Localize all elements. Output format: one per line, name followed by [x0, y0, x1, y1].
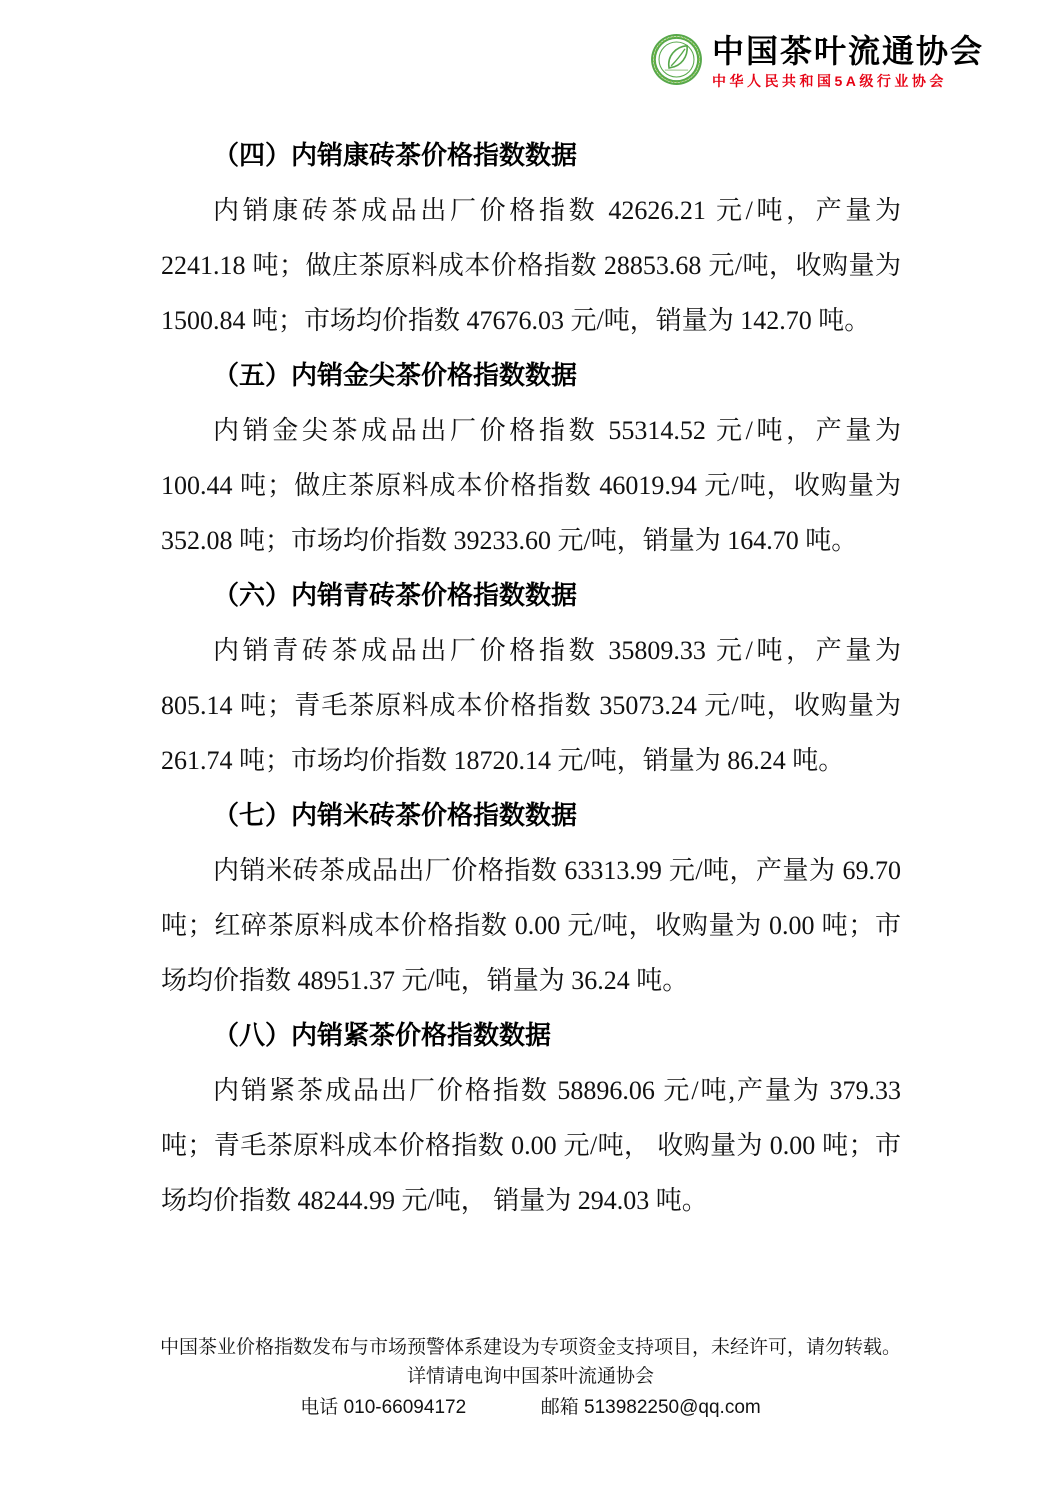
email-label: 邮箱: [541, 1397, 579, 1418]
document-page: 中国茶叶流通协会 中华人民共和国5A级行业协会 （四）内销康砖茶价格指数数据 内…: [0, 0, 1061, 1500]
document-footer: 中国茶业价格指数发布与市场预警体系建设为专项资金支持项目，未经许可，请勿转载。 …: [0, 1333, 1061, 1423]
footer-contact-line: 电话 010-66094172 邮箱 513982250@qq.com: [0, 1393, 1061, 1423]
footer-notice: 中国茶业价格指数发布与市场预警体系建设为专项资金支持项目，未经许可，请勿转载。: [0, 1333, 1061, 1362]
section-paragraph-6: 内销青砖茶成品出厂价格指数 35809.33 元/吨，产量为 805.14 吨；…: [161, 623, 901, 788]
email-address: 513982250@qq.com: [584, 1397, 761, 1418]
section-paragraph-4: 内销康砖茶成品出厂价格指数 42626.21 元/吨，产量为 2241.18 吨…: [161, 183, 901, 348]
section-paragraph-8: 内销紧茶成品出厂价格指数 58896.06 元/吨,产量为 379.33 吨；青…: [161, 1063, 901, 1228]
section-heading-6: （六）内销青砖茶价格指数数据: [161, 568, 901, 623]
section-paragraph-7: 内销米砖茶成品出厂价格指数 63313.99 元/吨，产量为 69.70 吨；红…: [161, 843, 901, 1008]
association-logo: [650, 33, 703, 86]
section-paragraph-5: 内销金尖茶成品出厂价格指数 55314.52 元/吨，产量为 100.44 吨；…: [161, 403, 901, 568]
document-body: （四）内销康砖茶价格指数数据 内销康砖茶成品出厂价格指数 42626.21 元/…: [161, 128, 901, 1228]
tea-leaf-logo-icon: [650, 33, 703, 86]
letterhead: 中国茶叶流通协会 中华人民共和国5A级行业协会: [650, 33, 984, 91]
section-heading-5: （五）内销金尖茶价格指数数据: [161, 348, 901, 403]
footer-contact-info: 详情请电询中国茶叶流通协会: [0, 1362, 1061, 1391]
org-text-block: 中国茶叶流通协会 中华人民共和国5A级行业协会: [712, 33, 984, 91]
org-subtitle: 中华人民共和国5A级行业协会: [712, 71, 984, 91]
section-heading-4: （四）内销康砖茶价格指数数据: [161, 128, 901, 183]
phone-label: 电话: [300, 1397, 338, 1418]
phone-number: 010-66094172: [344, 1397, 467, 1418]
section-heading-7: （七）内销米砖茶价格指数数据: [161, 788, 901, 843]
org-name: 中国茶叶流通协会: [712, 33, 984, 69]
section-heading-8: （八）内销紧茶价格指数数据: [161, 1008, 901, 1063]
